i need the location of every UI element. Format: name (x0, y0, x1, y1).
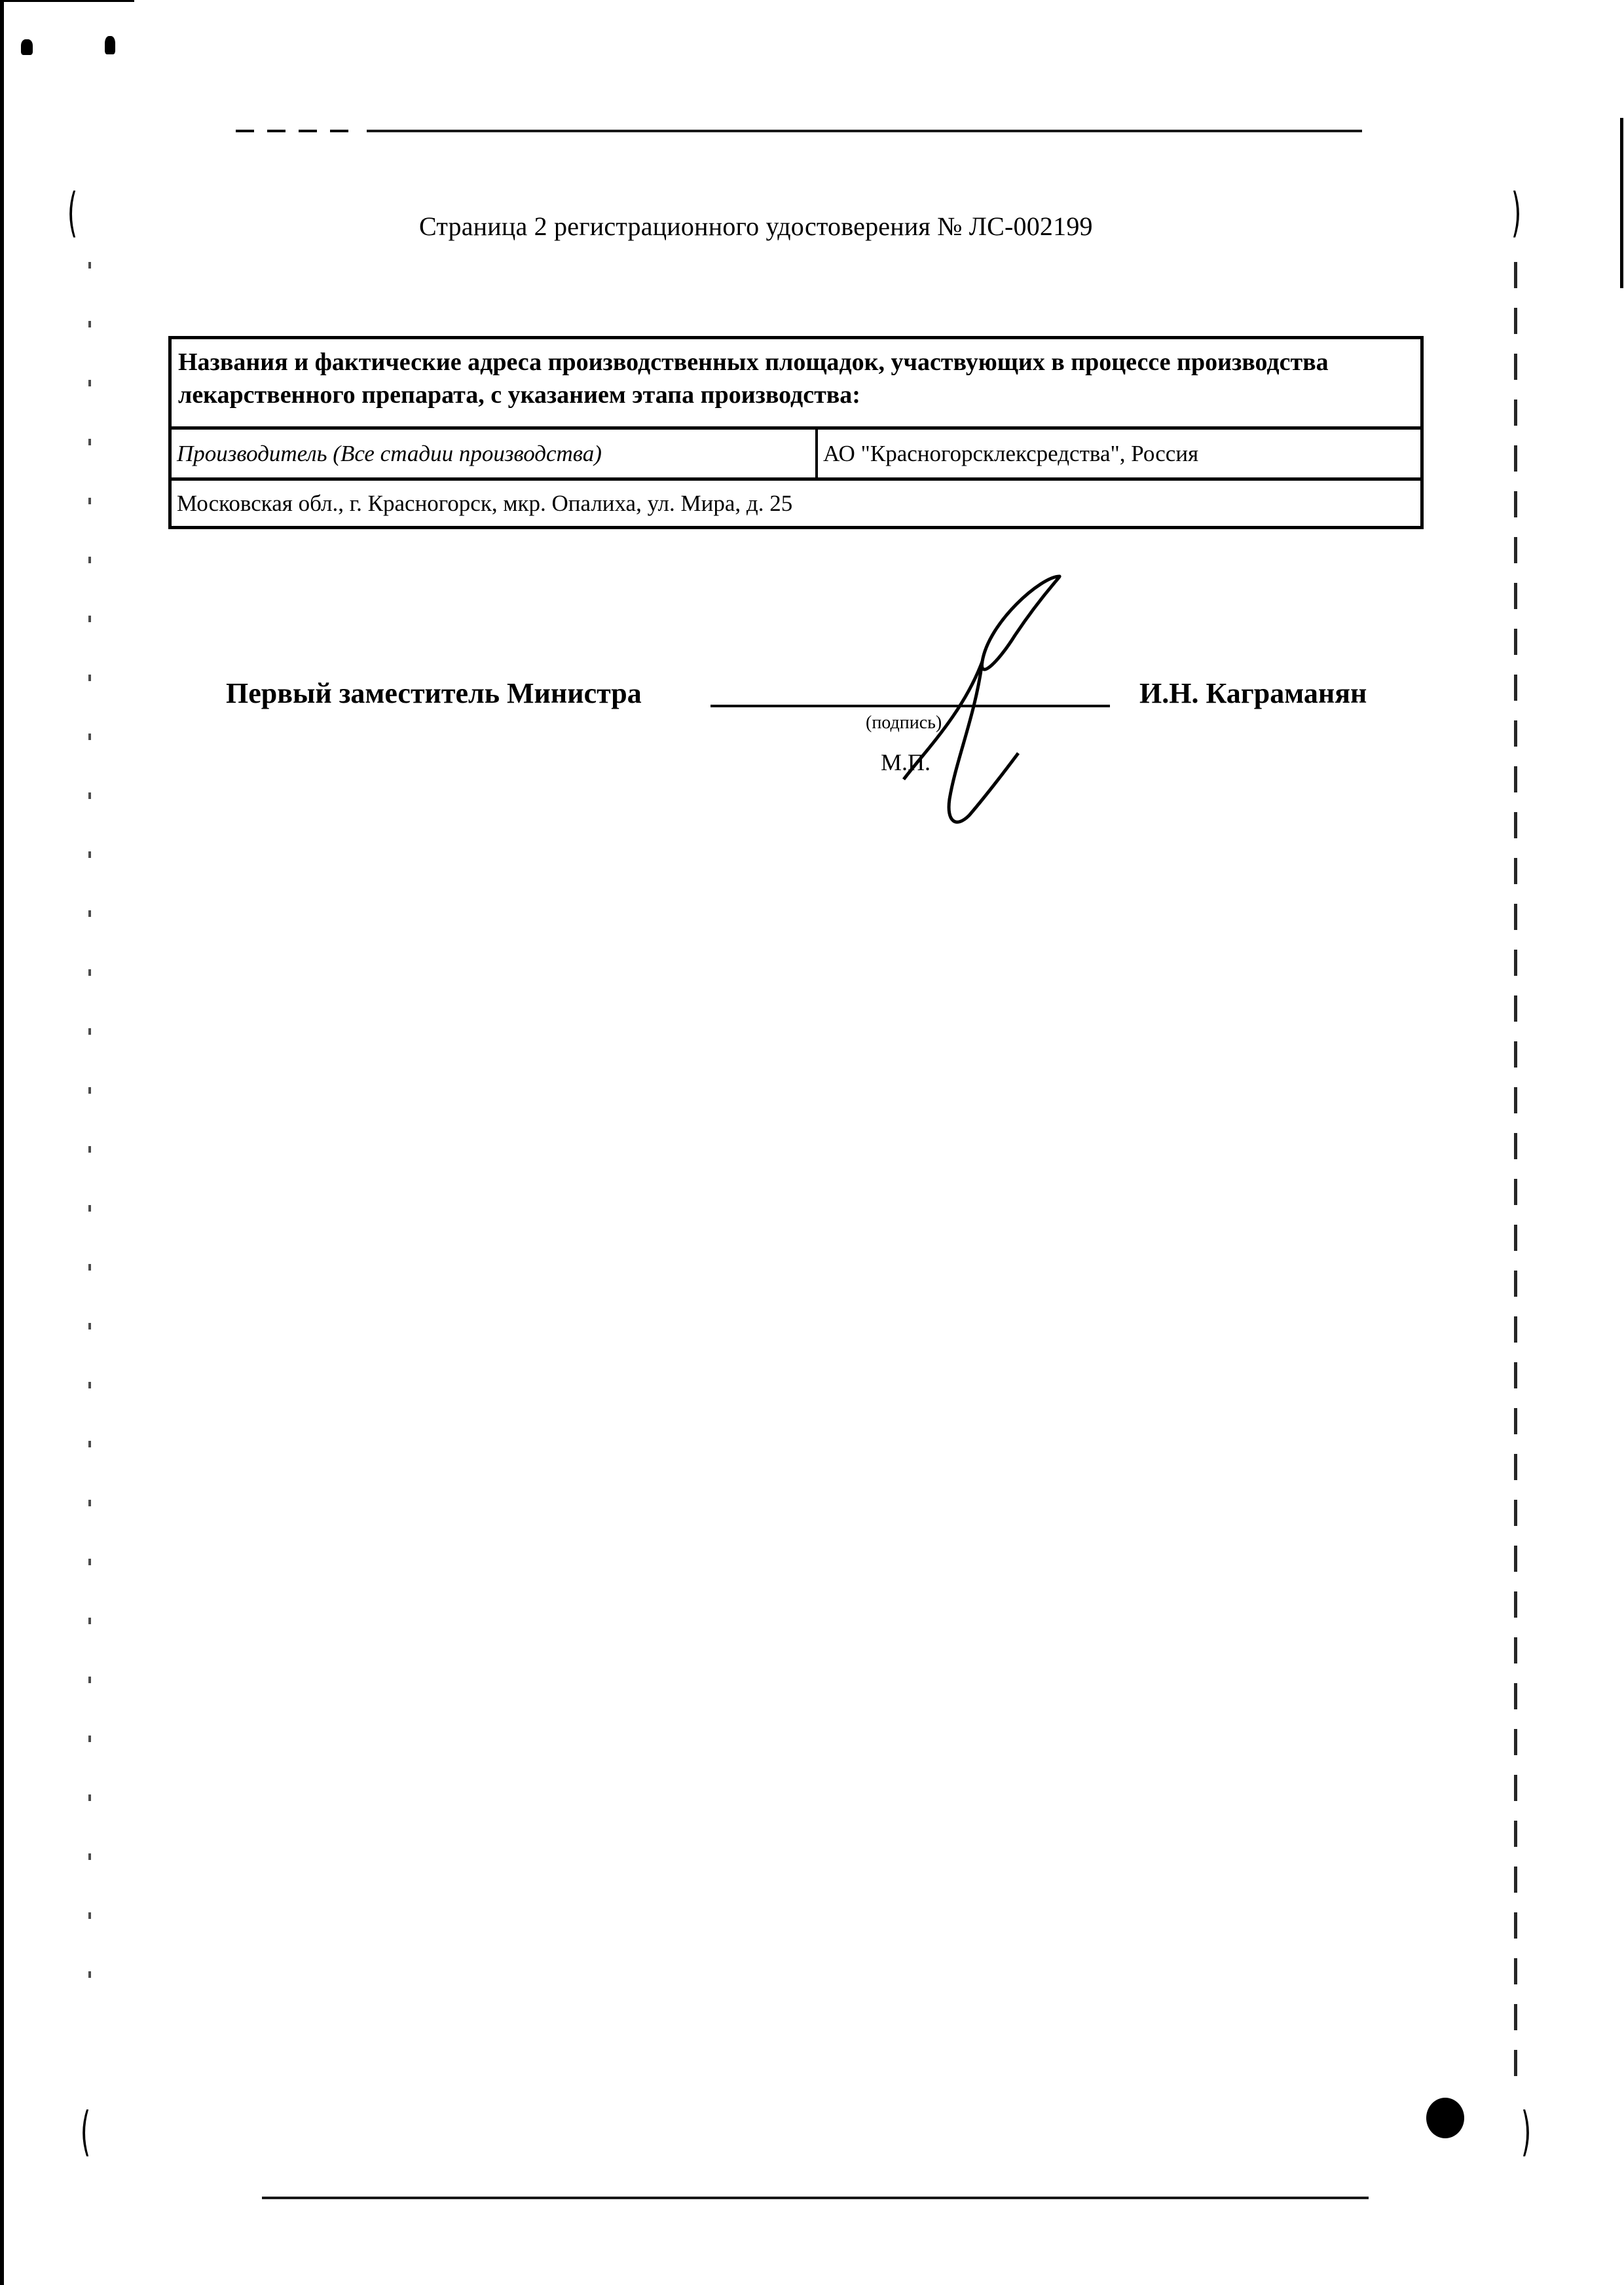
manufacturer-role-cell: Производитель (Все стадии производства) (172, 430, 818, 477)
bracket-bottom-right: ) (1521, 2106, 1532, 2158)
signatory-position: Первый заместитель Министра (226, 677, 642, 710)
corner-mark-icon (105, 36, 115, 54)
bottom-rule (262, 2197, 1369, 2199)
top-rule (367, 130, 1362, 132)
top-dashed-rule (236, 130, 360, 132)
handwritten-signature-icon (884, 563, 1080, 832)
right-dashed-rule (1514, 262, 1517, 2096)
bracket-top-right: ) (1511, 187, 1522, 239)
corner-mark-icon (21, 39, 33, 55)
scan-edge-right (1620, 118, 1623, 288)
bracket-top-left: ( (67, 187, 78, 239)
scan-edge-left (0, 0, 4, 2285)
left-dashed-rule (88, 262, 91, 2030)
manufacturer-address-cell: Московская обл., г. Красногорск, мкр. Оп… (172, 481, 1420, 526)
manufacturer-company-cell: АО "Красногорсклексредства", Россия (818, 430, 1420, 477)
scan-edge-top (0, 0, 134, 2)
punch-hole-icon (1426, 2098, 1464, 2138)
production-sites-table: Названия и фактические адреса производст… (168, 336, 1424, 529)
table-heading: Названия и фактические адреса производст… (172, 339, 1420, 426)
table-row-manufacturer: Производитель (Все стадии производства) … (172, 426, 1420, 477)
bracket-bottom-left: ( (81, 2106, 91, 2158)
signatory-name: И.Н. Каграманян (1139, 677, 1367, 710)
page-header: Страница 2 регистрационного удостоверени… (419, 211, 1093, 242)
table-row-address: Московская обл., г. Красногорск, мкр. Оп… (172, 477, 1420, 526)
